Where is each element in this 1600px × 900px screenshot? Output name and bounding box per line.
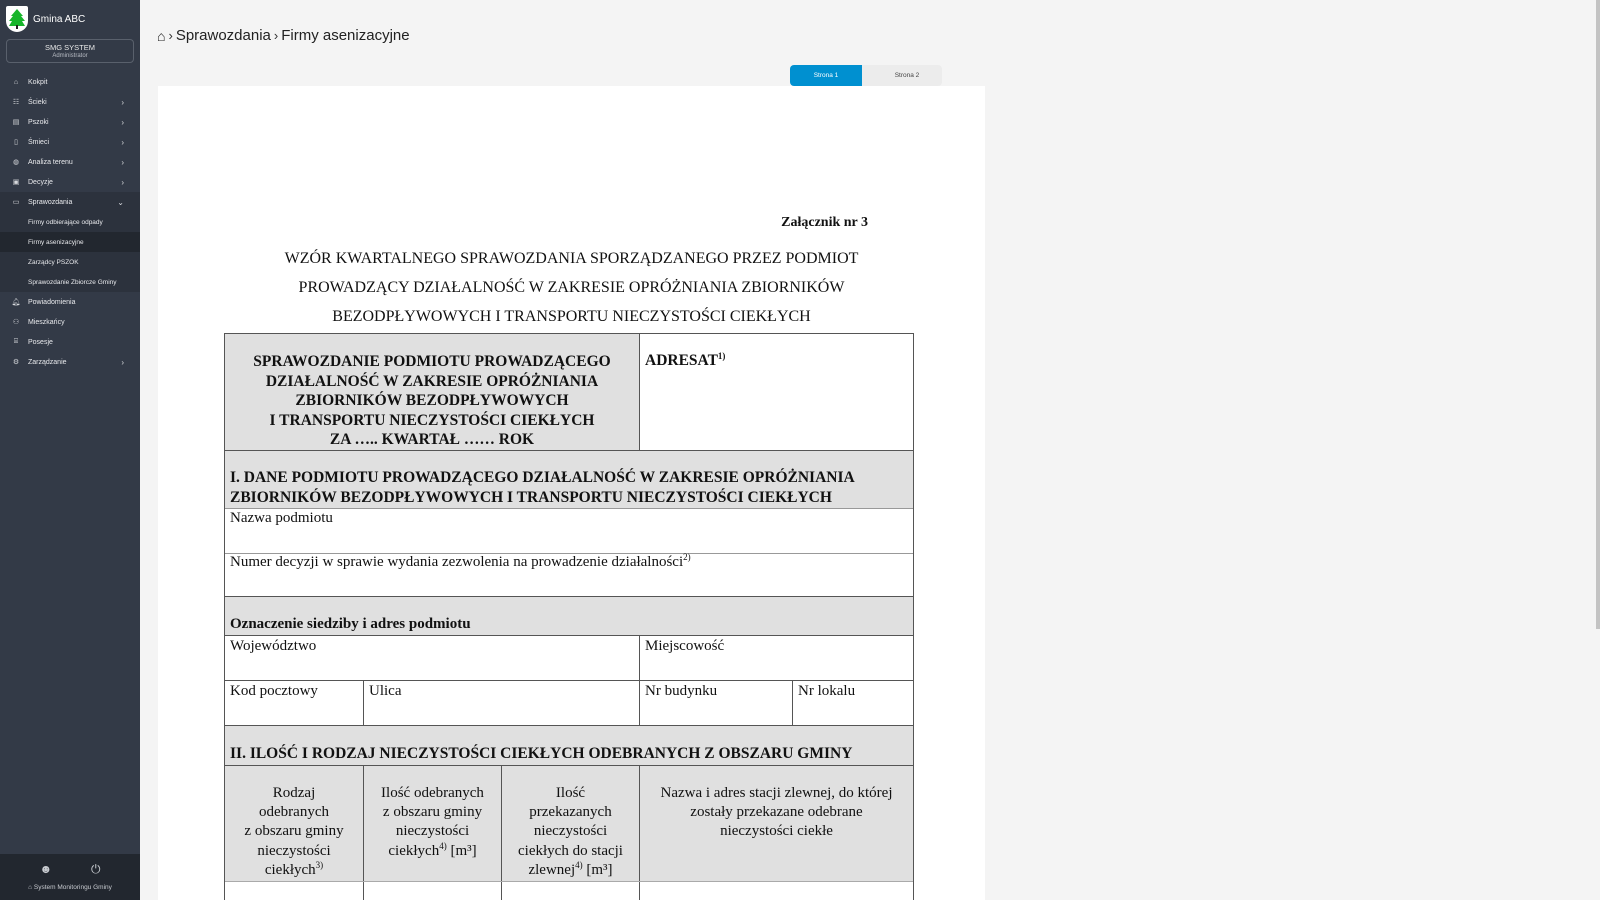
sidebar-item-label: Śmieci — [28, 139, 49, 146]
sidebar-item-smieci[interactable]: ▯ Śmieci › — [0, 132, 140, 152]
report-header-line: ZBIORNIKÓW BEZODPŁYWOWYCH — [230, 391, 634, 411]
sidebar-subitem-label: Firmy asenizacyjne — [28, 239, 84, 246]
system-title: SMG SYSTEM — [7, 43, 133, 52]
page-steps: Strona 1 Strona 2 — [790, 65, 942, 86]
table-header-line: nieczystości — [230, 842, 358, 861]
table-header-ilosc-przekazanych: Ilośćprzekazanychnieczystościciekłych do… — [501, 766, 639, 881]
globe-icon: ◍ — [11, 157, 21, 167]
table-header-line: Ilość odebranych — [369, 784, 496, 803]
chevron-right-icon: › — [121, 358, 124, 367]
document-title-line: BEZODPŁYWOWYCH I TRANSPORTU NIECZYSTOŚCI… — [158, 302, 985, 331]
sidebar-item-label: Powiadomienia — [28, 299, 75, 306]
chevron-right-icon: › — [121, 98, 124, 107]
section-1-heading: I. DANE PODMIOTU PROWADZĄCEGO DZIAŁALNOŚ… — [225, 451, 913, 508]
sidebar-item-pszoki[interactable]: ▤ Pszoki › — [0, 112, 140, 132]
chevron-right-icon: › — [121, 158, 124, 167]
breadcrumb-item-current: Firmy asenizacyjne — [281, 27, 409, 44]
field-label: Numer decyzji w sprawie wydania zezwolen… — [230, 554, 683, 570]
field-ulica: Ulica — [363, 681, 639, 725]
sidebar-item-mieszkancy[interactable]: ⚇ Mieszkańcy — [0, 312, 140, 332]
sidebar-item-label: Mieszkańcy — [28, 319, 65, 326]
gear-icon: ⚙ — [11, 357, 21, 367]
sidebar-subitem-zarzadcy-pszok[interactable]: Zarządcy PSZOK — [0, 252, 140, 272]
home-icon[interactable]: ⌂ — [157, 28, 165, 44]
table-header-rodzaj: Rodzajodebranychz obszaru gminynieczysto… — [225, 766, 363, 881]
field-nazwa-podmiotu: Nazwa podmiotu — [225, 509, 913, 553]
page-scrollbar[interactable] — [1596, 0, 1600, 629]
sidebar-item-label: Posesje — [28, 339, 53, 346]
sidebar-item-scieki[interactable]: ☷ Ścieki › — [0, 92, 140, 112]
table-header-line: Rodzaj — [230, 784, 358, 803]
system-badge: SMG SYSTEM Administrator — [6, 39, 134, 63]
chevron-right-icon: › — [274, 28, 278, 43]
adresat-label: ADRESAT — [645, 352, 718, 369]
section-1-line: ZBIORNIKÓW BEZODPŁYWOWYCH I TRANSPORTU N… — [230, 488, 908, 508]
siedziba-heading: Oznaczenie siedziby i adres podmiotu — [225, 597, 913, 635]
trash-icon: ▯ — [11, 137, 21, 147]
user-role: Administrator — [7, 52, 133, 60]
field-nr-lokalu: Nr lokalu — [792, 681, 913, 725]
report-header-line: I TRANSPORTU NIECZYSTOŚCI CIEKŁYCH — [230, 411, 634, 431]
report-header-line: ZA ….. KWARTAŁ …… ROK — [230, 430, 634, 450]
users-icon: ⚇ — [11, 317, 21, 327]
sidebar-subitem-firmy-odbierajace-odpady[interactable]: Firmy odbierające odpady — [0, 212, 140, 232]
field-nr-budynku: Nr budynku — [639, 681, 792, 725]
field-numer-decyzji: Numer decyzji w sprawie wydania zezwolen… — [225, 554, 913, 596]
document-title-line: PROWADZĄCY DZIAŁALNOŚĆ W ZAKRESIE OPRÓŻN… — [158, 273, 985, 302]
field-wojewodztwo: Województwo — [225, 636, 639, 680]
document-page: Załącznik nr 3 WZÓR KWARTALNEGO SPRAWOZD… — [158, 86, 985, 900]
table-header-ilosc-odebranych: Ilość odebranychz obszaru gminynieczysto… — [363, 766, 501, 881]
table-header-line: Nazwa i adres stacji zlewnej, do której — [645, 784, 908, 803]
chevron-right-icon: › — [121, 138, 124, 147]
building-icon: ⌸ — [11, 337, 21, 347]
section-1-line: I. DANE PODMIOTU PROWADZĄCEGO DZIAŁALNOŚ… — [230, 468, 908, 488]
footnote-marker: 1) — [718, 351, 726, 361]
footnote-marker: 3) — [316, 860, 324, 870]
table-header-line: ciekłych do stacji — [507, 842, 634, 861]
sidebar-subitem-sprawozdanie-zbiorcze-gminy[interactable]: Sprawozdanie Zbiorcze Gminy — [0, 272, 140, 292]
sidebar-item-label: Kokpit — [28, 79, 47, 86]
table-header-line: przekazanych — [507, 803, 634, 822]
file-icon: ▤ — [11, 117, 21, 127]
document-title: WZÓR KWARTALNEGO SPRAWOZDANIA SPORZĄDZAN… — [158, 244, 985, 331]
table-header-line: nieczystości ciekłe — [645, 822, 908, 841]
table-header-line: Ilość — [507, 784, 634, 803]
sidebar-item-sprawozdania[interactable]: ▭ Sprawozdania ⌄ — [0, 192, 140, 212]
sidebar-item-kokpit[interactable]: ⌂ Kokpit — [0, 72, 140, 92]
field-kod-pocztowy: Kod pocztowy — [225, 681, 363, 725]
sidebar-item-label: Analiza terenu — [28, 159, 73, 166]
sidebar-item-label: Pszoki — [28, 119, 49, 126]
sidebar-footer: ☻ ⏻ ⌂ System Monitoringu Gminy — [0, 854, 140, 900]
chevron-right-icon: › — [121, 178, 124, 187]
breadcrumb: ⌂ › Sprawozdania › Firmy asenizacyjne — [157, 27, 410, 44]
table-header-line: nieczystości — [507, 822, 634, 841]
table-header-line: odebranych — [230, 803, 358, 822]
step-page-1[interactable]: Strona 1 — [790, 65, 862, 86]
footer-caption-text: System Monitoringu Gminy — [34, 884, 112, 891]
report-form: SPRAWOZDANIE PODMIOTU PROWADZĄCEGO DZIAŁ… — [224, 333, 914, 900]
table-header-row: Rodzajodebranychz obszaru gminynieczysto… — [225, 765, 913, 881]
sidebar-subitem-firmy-asenizacyjne[interactable]: Firmy asenizacyjne — [0, 232, 140, 252]
table-header-line: ciekłych4) [m³] — [369, 842, 496, 861]
folder-icon: ▭ — [11, 197, 21, 207]
footnote-marker: 4) — [575, 860, 583, 870]
tree-icon — [8, 8, 26, 30]
bell-icon: 🔔︎ — [11, 297, 21, 307]
table-cell — [363, 882, 501, 900]
sidebar-item-analiza-terenu[interactable]: ◍ Analiza terenu › — [0, 152, 140, 172]
sidebar: Gmina ABC SMG SYSTEM Administrator ⌂ Kok… — [0, 0, 140, 900]
table-header-stacja-zlewna: Nazwa i adres stacji zlewnej, do którejz… — [639, 766, 913, 881]
chevron-right-icon: › — [168, 28, 172, 43]
sidebar-item-zarzadzanie[interactable]: ⚙ Zarządzanie › — [0, 352, 140, 372]
coat-of-arms-logo — [6, 6, 28, 32]
chevron-down-icon: ⌄ — [117, 198, 124, 207]
table-cell — [225, 882, 363, 900]
sidebar-subitem-label: Firmy odbierające odpady — [28, 219, 103, 226]
document-title-line: WZÓR KWARTALNEGO SPRAWOZDANIA SPORZĄDZAN… — [158, 244, 985, 273]
sidebar-item-label: Ścieki — [28, 99, 47, 106]
table-cell — [501, 882, 639, 900]
table-header-line: nieczystości — [369, 822, 496, 841]
sidebar-item-powiadomienia[interactable]: 🔔︎ Powiadomienia — [0, 292, 140, 312]
table-header-line: ciekłych3) — [230, 861, 358, 880]
report-header-line: SPRAWOZDANIE PODMIOTU PROWADZĄCEGO — [230, 352, 634, 372]
sidebar-item-decyzje[interactable]: ▣ Decyzje › — [0, 172, 140, 192]
field-label: Nazwa podmiotu — [230, 510, 333, 526]
report-header-cell: SPRAWOZDANIE PODMIOTU PROWADZĄCEGO DZIAŁ… — [225, 334, 639, 450]
sidebar-subitem-label: Zarządcy PSZOK — [28, 259, 79, 266]
sidebar-item-label: Sprawozdania — [28, 199, 72, 206]
power-icon[interactable]: ⏻ — [91, 862, 101, 880]
table-header-line: zostały przekazane odebrane — [645, 803, 908, 822]
table-header-line: zlewnej4) [m³] — [507, 861, 634, 880]
breadcrumb-item-sprawozdania[interactable]: Sprawozdania — [176, 27, 271, 44]
sidebar-item-label: Zarządzanie — [28, 359, 67, 366]
sidebar-subitem-label: Sprawozdanie Zbiorcze Gminy — [28, 279, 117, 286]
table-header-line: z obszaru gminy — [230, 822, 358, 841]
brand-name: Gmina ABC — [33, 14, 85, 25]
step-page-2[interactable]: Strona 2 — [862, 65, 942, 86]
home-outline-icon: ⌂ — [28, 884, 32, 891]
table-row — [225, 881, 913, 900]
footnote-marker: 2) — [683, 552, 691, 562]
home-icon: ⌂ — [11, 77, 21, 87]
table-cell — [639, 882, 913, 900]
footer-caption: ⌂ System Monitoringu Gminy — [0, 884, 140, 891]
adresat-cell: ADRESAT1) — [639, 334, 913, 450]
chevron-right-icon: › — [121, 118, 124, 127]
user-profile-icon[interactable]: ☻ — [39, 862, 52, 880]
report-header-line: DZIAŁALNOŚĆ W ZAKRESIE OPRÓŻNIANIA — [230, 372, 634, 392]
footnote-marker: 4) — [439, 841, 447, 851]
section-2-heading: II. ILOŚĆ I RODZAJ NIECZYSTOŚCI CIEKŁYCH… — [225, 726, 913, 765]
brand[interactable]: Gmina ABC — [0, 0, 140, 38]
sidebar-item-label: Decyzje — [28, 179, 53, 186]
grid-icon: ☷ — [11, 97, 21, 107]
sidebar-item-posesje[interactable]: ⌸ Posesje — [0, 332, 140, 352]
sidebar-nav: ⌂ Kokpit ☷ Ścieki › ▤ Pszoki › ▯ Śmieci … — [0, 72, 140, 372]
table-header-line: z obszaru gminy — [369, 803, 496, 822]
document-icon: ▣ — [11, 177, 21, 187]
attachment-label: Załącznik nr 3 — [781, 215, 868, 231]
field-miejscowosc: Miejscowość — [639, 636, 913, 680]
